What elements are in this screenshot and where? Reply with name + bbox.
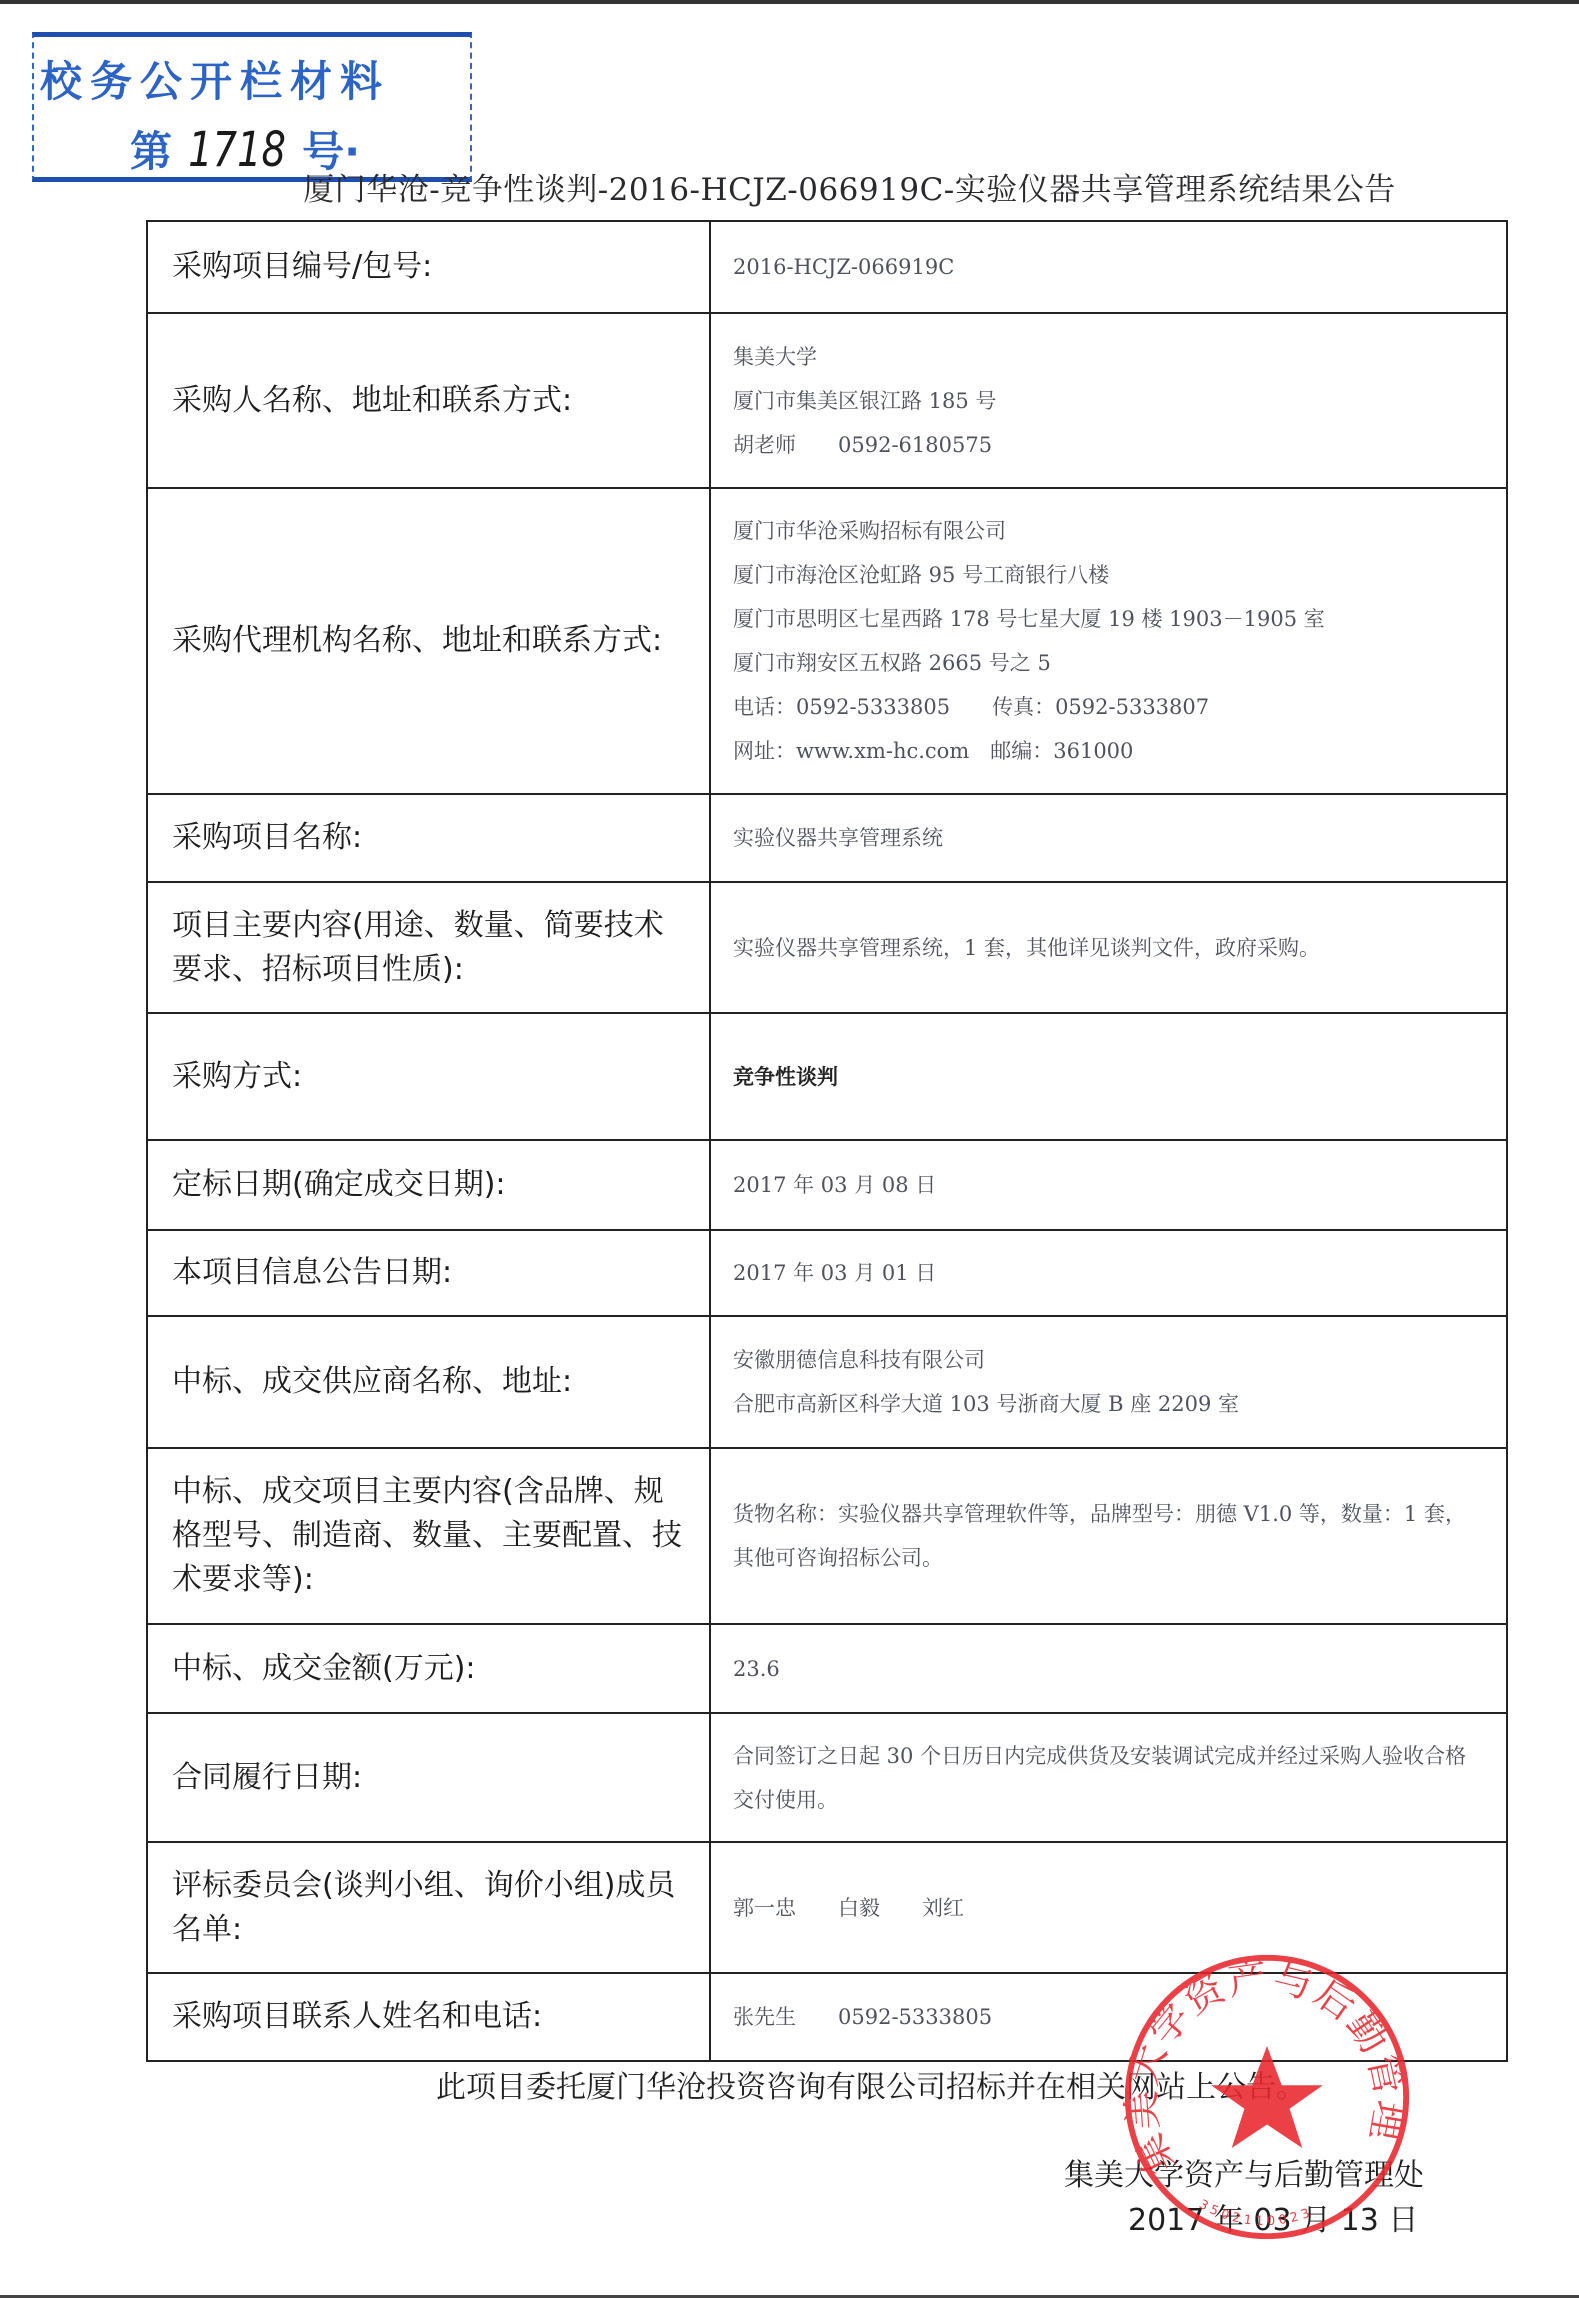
value-line: 实验仪器共享管理系统，1 套，其他详见谈判文件，政府采购。	[733, 926, 1484, 970]
row-label: 项目主要内容(用途、数量、简要技术要求、招标项目性质):	[147, 882, 710, 1013]
value-line: 竞争性谈判	[733, 1055, 1484, 1099]
value-line: 货物名称：实验仪器共享管理软件等，品牌型号：朋德 V1.0 等，数量：1 套，其…	[733, 1492, 1484, 1580]
row-value: 厦门市华沧采购招标有限公司 厦门市海沧区沧虹路 95 号工商银行八楼 厦门市思明…	[710, 488, 1507, 794]
table-row-purchaser: 采购人名称、地址和联系方式: 集美大学 厦门市集美区银江路 185 号 胡老师 …	[147, 313, 1507, 488]
row-label: 采购项目名称:	[147, 794, 710, 882]
table-row-project-name: 采购项目名称: 实验仪器共享管理系统	[147, 794, 1507, 882]
value-line: 郭一忠 白毅 刘红	[733, 1886, 1484, 1930]
table-row-project-number: 采购项目编号/包号: 2016-HCJZ-066919C	[147, 221, 1507, 313]
row-label: 中标、成交项目主要内容(含品牌、规格型号、制造商、数量、主要配置、技术要求等):	[147, 1448, 710, 1624]
value-line: 23.6	[733, 1647, 1484, 1691]
table-row-announcement-date: 本项目信息公告日期: 2017 年 03 月 01 日	[147, 1230, 1507, 1316]
row-label: 合同履行日期:	[147, 1713, 710, 1842]
value-line: 厦门市思明区七星西路 178 号七星大厦 19 楼 1903－1905 室	[733, 597, 1484, 641]
document-title: 厦门华沧-竞争性谈判-2016-HCJZ-066919C-实验仪器共享管理系统结…	[0, 164, 1579, 209]
table-row-procurement-method: 采购方式: 竞争性谈判	[147, 1013, 1507, 1140]
table-row-awarded-content: 中标、成交项目主要内容(含品牌、规格型号、制造商、数量、主要配置、技术要求等):…	[147, 1448, 1507, 1624]
value-line: 2017 年 03 月 01 日	[733, 1251, 1484, 1295]
row-value: 2017 年 03 月 08 日	[710, 1140, 1507, 1230]
row-value: 张先生 0592-5333805	[710, 1973, 1507, 2061]
value-line: 张先生 0592-5333805	[733, 1995, 1484, 2039]
value-line: 2016-HCJZ-066919C	[733, 245, 1484, 289]
row-value: 23.6	[710, 1624, 1507, 1713]
table-row-agency: 采购代理机构名称、地址和联系方式: 厦门市华沧采购招标有限公司 厦门市海沧区沧虹…	[147, 488, 1507, 794]
row-value: 2016-HCJZ-066919C	[710, 221, 1507, 313]
value-line: 2017 年 03 月 08 日	[733, 1163, 1484, 1207]
table-row-supplier: 中标、成交供应商名称、地址: 安徽朋德信息科技有限公司 合肥市高新区科学大道 1…	[147, 1316, 1507, 1448]
row-label: 采购项目联系人姓名和电话:	[147, 1973, 710, 2061]
row-label: 采购人名称、地址和联系方式:	[147, 313, 710, 488]
value-line: 网址：www.xm-hc.com 邮编：361000	[733, 729, 1484, 773]
value-line: 电话：0592-5333805 传真：0592-5333807	[733, 685, 1484, 729]
row-value: 2017 年 03 月 01 日	[710, 1230, 1507, 1316]
table-row-committee: 评标委员会(谈判小组、询价小组)成员名单: 郭一忠 白毅 刘红	[147, 1842, 1507, 1973]
row-label: 中标、成交供应商名称、地址:	[147, 1316, 710, 1448]
value-line: 合同签订之日起 30 个日历日内完成供货及安装调试完成并经过采购人验收合格交付使…	[733, 1734, 1484, 1822]
value-line: 厦门市海沧区沧虹路 95 号工商银行八楼	[733, 553, 1484, 597]
value-line: 厦门市翔安区五权路 2665 号之 5	[733, 641, 1484, 685]
table-row-award-amount: 中标、成交金额(万元): 23.6	[147, 1624, 1507, 1713]
issuing-organization: 集美大学资产与后勤管理处	[1064, 2150, 1424, 2194]
row-value: 实验仪器共享管理系统，1 套，其他详见谈判文件，政府采购。	[710, 882, 1507, 1013]
row-value: 合同签订之日起 30 个日历日内完成供货及安装调试完成并经过采购人验收合格交付使…	[710, 1713, 1507, 1842]
stamp-heading: 校务公开栏材料	[40, 49, 390, 109]
table-row-main-content: 项目主要内容(用途、数量、简要技术要求、招标项目性质): 实验仪器共享管理系统，…	[147, 882, 1507, 1013]
row-value: 实验仪器共享管理系统	[710, 794, 1507, 882]
value-line: 厦门市集美区银江路 185 号	[733, 379, 1484, 423]
row-label: 采购项目编号/包号:	[147, 221, 710, 313]
value-line: 安徽朋德信息科技有限公司	[733, 1338, 1484, 1382]
scan-edge-top	[0, 0, 1579, 4]
row-value: 安徽朋德信息科技有限公司 合肥市高新区科学大道 103 号浙商大厦 B 座 22…	[710, 1316, 1507, 1448]
value-line: 厦门市华沧采购招标有限公司	[733, 509, 1484, 553]
value-line: 胡老师 0592-6180575	[733, 423, 1484, 467]
announcement-table: 采购项目编号/包号: 2016-HCJZ-066919C 采购人名称、地址和联系…	[146, 220, 1508, 2062]
public-affairs-stamp: 校务公开栏材料 第1718号·	[32, 32, 472, 182]
value-line: 集美大学	[733, 335, 1484, 379]
row-value: 货物名称：实验仪器共享管理软件等，品牌型号：朋德 V1.0 等，数量：1 套，其…	[710, 1448, 1507, 1624]
row-label: 定标日期(确定成交日期):	[147, 1140, 710, 1230]
row-label: 采购方式:	[147, 1013, 710, 1140]
row-label: 中标、成交金额(万元):	[147, 1624, 710, 1713]
table-row-contract-period: 合同履行日期: 合同签订之日起 30 个日历日内完成供货及安装调试完成并经过采购…	[147, 1713, 1507, 1842]
row-label: 评标委员会(谈判小组、询价小组)成员名单:	[147, 1842, 710, 1973]
value-line: 合肥市高新区科学大道 103 号浙商大厦 B 座 2209 室	[733, 1382, 1484, 1426]
row-value: 集美大学 厦门市集美区银江路 185 号 胡老师 0592-6180575	[710, 313, 1507, 488]
row-value: 郭一忠 白毅 刘红	[710, 1842, 1507, 1973]
row-value: 竞争性谈判	[710, 1013, 1507, 1140]
row-label: 本项目信息公告日期:	[147, 1230, 710, 1316]
value-line: 实验仪器共享管理系统	[733, 816, 1484, 860]
table-row-contact: 采购项目联系人姓名和电话: 张先生 0592-5333805	[147, 1973, 1507, 2061]
issue-date: 2017 年 03 月 13 日	[1128, 2195, 1418, 2239]
footer-note: 此项目委托厦门华沧投资咨询有限公司招标并在相关网站上公告。	[436, 2062, 1306, 2106]
row-label: 采购代理机构名称、地址和联系方式:	[147, 488, 710, 794]
table-row-award-date: 定标日期(确定成交日期): 2017 年 03 月 08 日	[147, 1140, 1507, 1230]
